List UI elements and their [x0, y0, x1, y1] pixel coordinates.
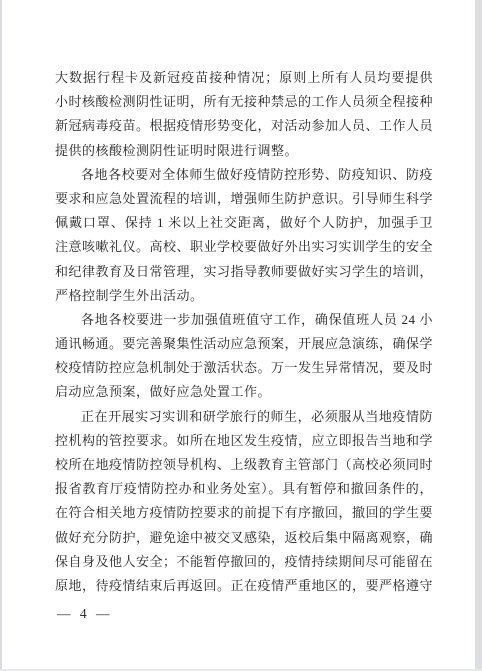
text-line: 启动应急预案，做好应急处置工作。 [55, 380, 433, 404]
page-left-edge [0, 0, 2, 671]
page-number: — 4 — [57, 604, 113, 624]
text-line: 小时核酸检测阴性证明，所有无接种禁忌的工作人员须全程接种 [55, 90, 433, 114]
text-line: 要求和应急处置流程的培训，增强师生防护意识。引导师生科学 [55, 187, 433, 211]
text-line: 注意咳嗽礼仪。高校、职业学校要做好外出实习实训学生的安全 [55, 235, 433, 259]
document-body: 大数据行程卡及新冠疫苗接种情况；原则上所有人员均要提供 72小时核酸检测阴性证明… [55, 66, 433, 598]
text-line: 严格控制学生外出活动。 [55, 284, 433, 308]
text-line: 校所在地疫情防控领导机构、上级教育主管部门（高校必须同时 [55, 453, 433, 477]
text-line: 正在开展实习实训和研学旅行的师生，必须服从当地疫情防 [55, 405, 433, 429]
text-line: 控机构的管控要求。如所在地区发生疫情，应立即报告当地和学 [55, 429, 433, 453]
text-line: 原地，待疫情结束后再返回。正在疫情严重地区的，要严格遵守 [55, 574, 433, 598]
text-line: 提供的核酸检测阴性证明时限进行调整。 [55, 139, 433, 163]
text-line: 保自身及他人安全；不能暂停撤回的，疫情持续期间尽可能留在 [55, 550, 433, 574]
text-line: 做好充分防护，避免途中被交叉感染，返校后集中隔离观察，确 [55, 526, 433, 550]
document-page: 大数据行程卡及新冠疫苗接种情况；原则上所有人员均要提供 72小时核酸检测阴性证明… [0, 0, 482, 671]
text-line: 报省教育厅疫情防控办和业务处室）。具有暂停和撤回条件的，可 [55, 477, 433, 501]
text-line: 各地各校要进一步加强值班值守工作，确保值班人员 24 小时 [55, 308, 433, 332]
text-line: 大数据行程卡及新冠疫苗接种情况；原则上所有人员均要提供 72 [55, 66, 433, 90]
page-right-edge [475, 0, 482, 671]
text-line: 在符合相关地方疫情防控要求的前提下有序撤回，撤回的学生要 [55, 501, 433, 525]
text-line: 和纪律教育及日常管理，实习指导教师要做好实习学生的培训， [55, 260, 433, 284]
text-line: 各地各校要对全体师生做好疫情防控形势、防疫知识、防疫 [55, 163, 433, 187]
text-line: 通讯畅通。要完善聚集性活动应急预案，开展应急演练，确保学 [55, 332, 433, 356]
text-line: 新冠病毒疫苗。根据疫情形势变化，对活动参加人员、工作人员 [55, 114, 433, 138]
text-line: 校疫情防控应急机制处于激活状态。万一发生异常情况，要及时 [55, 356, 433, 380]
text-line: 佩戴口罩、保持 1 米以上社交距离，做好个人防护，加强手卫生， [55, 211, 433, 235]
